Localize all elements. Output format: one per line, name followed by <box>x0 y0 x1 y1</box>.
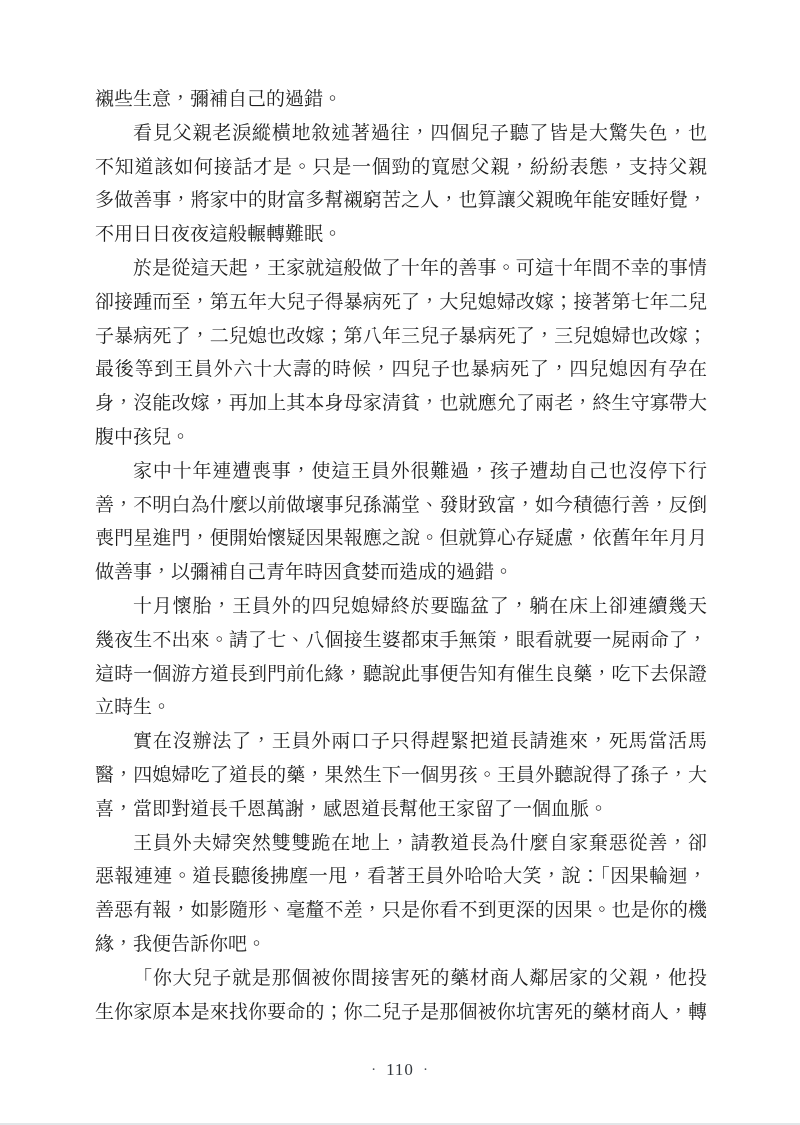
book-page: 襯些生意，彌補自己的過錯。看見父親老淚縱橫地敘述著過往，四個兒子聽了皆是大驚失色… <box>0 0 800 1125</box>
text-line: 這時一個游方道長到門前化緣，聽說此事便告知有催生良藥，吃下去保證 <box>95 658 707 692</box>
text-line: 「你大兒子就是那個被你間接害死的藥材商人鄰居家的父親，他投 <box>95 962 707 996</box>
text-line: 身，沒能改嫁，再加上其本身母家清貧，也就應允了兩老，終生守寡帶大 <box>95 387 707 421</box>
paragraph: 王員外夫婦突然雙雙跪在地上，請教道長為什麼自家棄惡從善，卻惡報連連。道長聽後拂塵… <box>95 827 707 962</box>
text-line: 惡報連連。道長聽後拂塵一甩，看著王員外哈哈大笑，說：「因果輪迴， <box>95 860 707 894</box>
text-line: 喪門星進門，便開始懷疑因果報應之說。但就算心存疑慮，依舊年年月月 <box>95 522 707 556</box>
text-line: 善惡有報，如影隨形、毫釐不差，只是你看不到更深的因果。也是你的機 <box>95 894 707 928</box>
text-line: 緣，我便告訴你吧。 <box>95 928 707 962</box>
paragraph: 「你大兒子就是那個被你間接害死的藥材商人鄰居家的父親，他投生你家原本是來找你要命… <box>95 962 707 1030</box>
paragraph: 家中十年連遭喪事，使這王員外很難過，孩子遭劫自己也沒停下行善，不明白為什麼以前做… <box>95 455 707 590</box>
paragraph: 看見父親老淚縱橫地敘述著過往，四個兒子聽了皆是大驚失色，也不知道該如何接話才是。… <box>95 117 707 252</box>
text-line: 不知道該如何接話才是。只是一個勁的寬慰父親，紛紛表態，支持父親 <box>95 151 707 185</box>
text-line: 不用日日夜夜這般輾轉難眠。 <box>95 218 707 252</box>
paragraph: 襯些生意，彌補自己的過錯。 <box>95 83 707 117</box>
text-line: 生你家原本是來找你要命的；你二兒子是那個被你坑害死的藥材商人，轉 <box>95 996 707 1030</box>
text-line: 幾夜生不出來。請了七、八個接生婆都束手無策，眼看就要一屍兩命了， <box>95 624 707 658</box>
text-line: 襯些生意，彌補自己的過錯。 <box>95 83 707 117</box>
footer-dot-left: · <box>362 1062 386 1078</box>
text-line: 實在沒辦法了，王員外兩口子只得趕緊把道長請進來，死馬當活馬 <box>95 725 707 759</box>
text-line: 多做善事，將家中的財富多幫襯窮苦之人，也算讓父親晚年能安睡好覺， <box>95 184 707 218</box>
text-line: 王員外夫婦突然雙雙跪在地上，請教道長為什麼自家棄惡從善，卻 <box>95 827 707 861</box>
text-line: 喜，當即對道長千恩萬謝，感恩道長幫他王家留了一個血脈。 <box>95 793 707 827</box>
text-line: 善，不明白為什麼以前做壞事兒孫滿堂、發財致富，如今積德行善，反倒 <box>95 489 707 523</box>
page-footer: ·110· <box>0 1060 800 1080</box>
paragraph: 於是從這天起，王家就這般做了十年的善事。可這十年間不幸的事情卻接踵而至，第五年大… <box>95 252 707 455</box>
text-line: 十月懷胎，王員外的四兒媳婦終於要臨盆了，躺在床上卻連續幾天 <box>95 590 707 624</box>
text-line: 腹中孩兒。 <box>95 421 707 455</box>
page-number: 110 <box>386 1060 414 1079</box>
text-line: 最後等到王員外六十大壽的時候，四兒子也暴病死了，四兒媳因有孕在 <box>95 353 707 387</box>
text-line: 立時生。 <box>95 691 707 725</box>
paragraph: 十月懷胎，王員外的四兒媳婦終於要臨盆了，躺在床上卻連續幾天幾夜生不出來。請了七、… <box>95 590 707 725</box>
footer-dot-right: · <box>414 1062 438 1078</box>
paragraph: 實在沒辦法了，王員外兩口子只得趕緊把道長請進來，死馬當活馬醫，四媳婦吃了道長的藥… <box>95 725 707 826</box>
text-line: 醫，四媳婦吃了道長的藥，果然生下一個男孩。王員外聽說得了孫子，大 <box>95 759 707 793</box>
text-line: 於是從這天起，王家就這般做了十年的善事。可這十年間不幸的事情 <box>95 252 707 286</box>
text-line: 子暴病死了，二兒媳也改嫁；第八年三兒子暴病死了，三兒媳婦也改嫁； <box>95 320 707 354</box>
text-line: 卻接踵而至，第五年大兒子得暴病死了，大兒媳婦改嫁；接著第七年二兒 <box>95 286 707 320</box>
text-line: 家中十年連遭喪事，使這王員外很難過，孩子遭劫自己也沒停下行 <box>95 455 707 489</box>
page-text: 襯些生意，彌補自己的過錯。看見父親老淚縱橫地敘述著過往，四個兒子聽了皆是大驚失色… <box>95 83 707 1029</box>
text-line: 做善事，以彌補自己青年時因貪婪而造成的過錯。 <box>95 556 707 590</box>
text-line: 看見父親老淚縱橫地敘述著過往，四個兒子聽了皆是大驚失色，也 <box>95 117 707 151</box>
